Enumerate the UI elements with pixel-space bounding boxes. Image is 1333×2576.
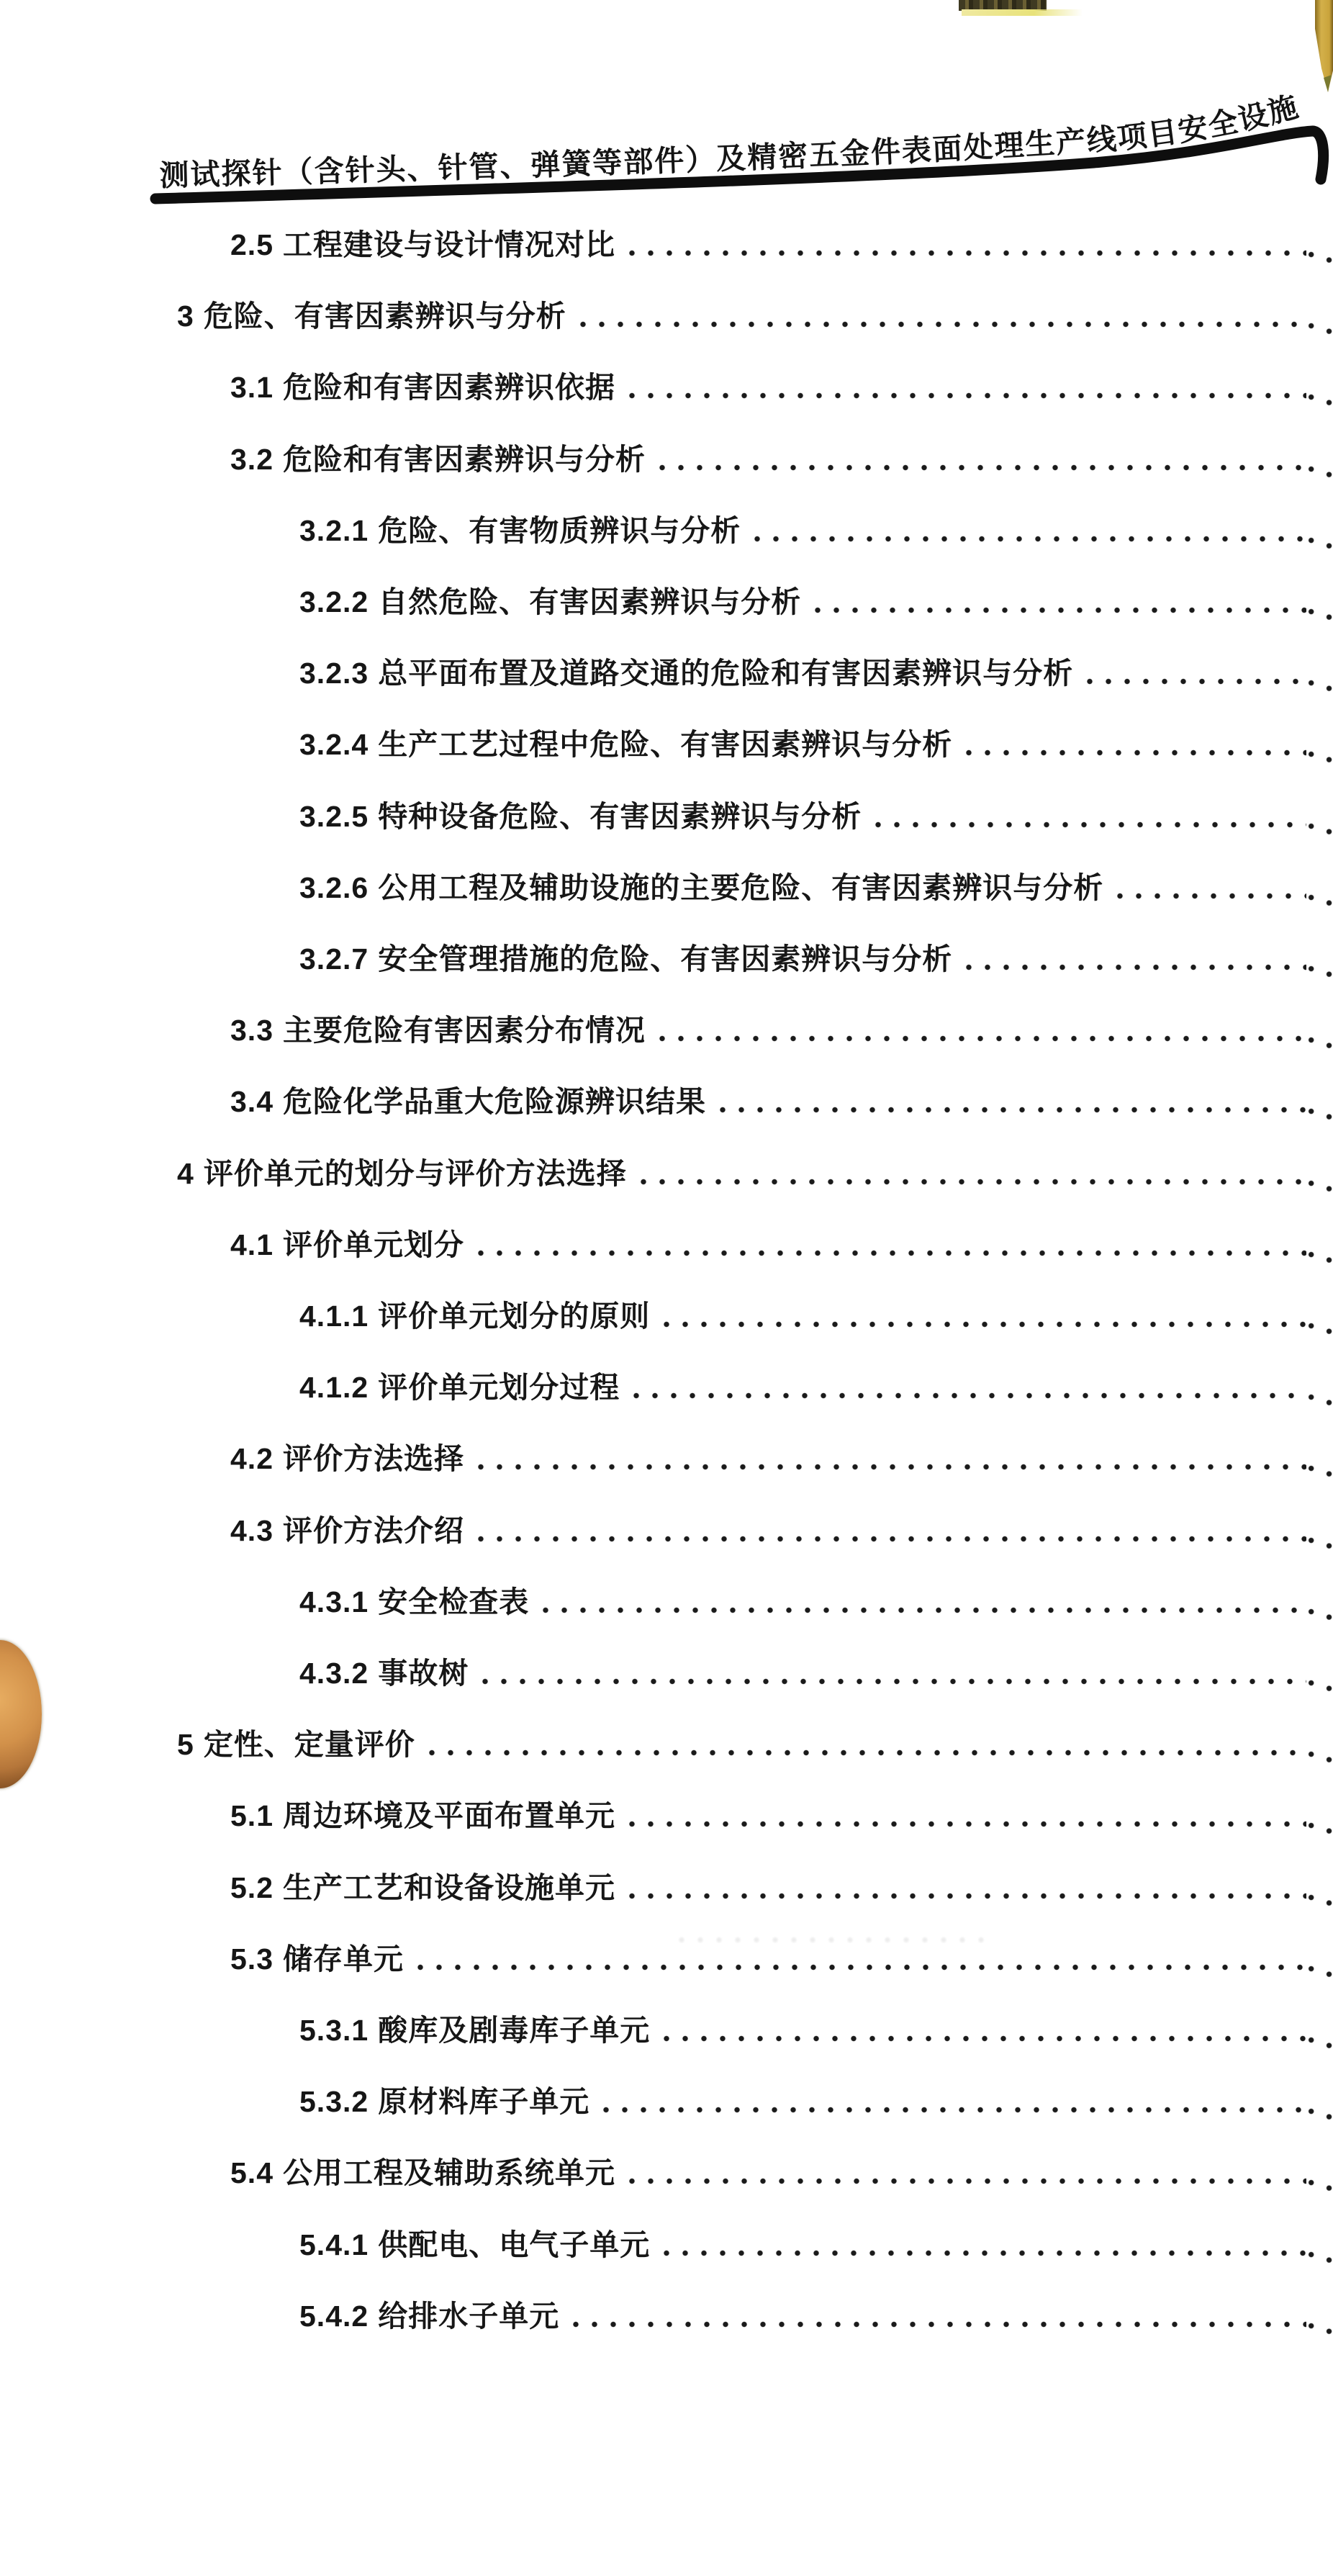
entry-title: 安全检查表 [378, 1584, 529, 1620]
entry-title: 公用工程及辅助设施的主要危险、有害因素辨识与分析 [378, 870, 1103, 906]
dot-leader-tail [1305, 1748, 1333, 1777]
dot-leader [661, 2034, 1306, 2043]
entry-title: 原材料库子单元 [378, 2084, 589, 2120]
dot-leader-tail [1305, 1677, 1333, 1706]
entry-title: 总平面布置及道路交通的危险和有害因素辨识与分析 [378, 655, 1073, 691]
toc-entry: 3.4危险化学品重大危险源辨识结果 [230, 1082, 1306, 1120]
dot-leader [752, 534, 1306, 544]
dot-leader [1085, 677, 1306, 686]
entry-number: 3.2.3 [299, 655, 369, 691]
entry-number: 4.1 [230, 1227, 274, 1263]
dot-leader-tail [1305, 605, 1333, 634]
entry-number: 5.3 [230, 1941, 274, 1977]
entry-title: 危险、有害因素辨识与分析 [204, 298, 566, 334]
dot-leader-tail [1305, 534, 1333, 563]
dot-leader [476, 1248, 1306, 1258]
dot-leader [631, 1391, 1306, 1400]
toc-entry: 4.1.1评价单元划分的原则 [299, 1297, 1306, 1334]
entry-title: 危险和有害因素辨识依据 [283, 369, 615, 405]
entry-number: 4 [177, 1156, 194, 1192]
dot-leader-tail [1305, 2248, 1333, 2277]
toc-entry: 3.2.7安全管理措施的危险、有害因素辨识与分析 [299, 940, 1306, 977]
entry-number: 3.1 [230, 369, 274, 405]
dot-leader [964, 963, 1306, 972]
toc-entry: 4.3评价方法介绍 [230, 1511, 1306, 1549]
entry-number: 4.3.2 [299, 1655, 369, 1691]
entry-title: 自然危险、有害因素辨识与分析 [378, 584, 801, 620]
entry-title: 评价方法介绍 [283, 1513, 464, 1549]
dot-leader [638, 1177, 1306, 1186]
dot-leader-tail [1305, 463, 1333, 492]
page-header: 测试探针（含针头、针管、弹簧等部件）及精密五金件表面处理生产线项目安全设施竣工验… [0, 0, 1333, 245]
dot-leader-tail [1305, 1320, 1333, 1348]
dot-leader-tail [1305, 1606, 1333, 1634]
binding-strip-highlight [962, 9, 1083, 16]
scanned-page: 测试探针（含针头、针管、弹簧等部件）及精密五金件表面处理生产线项目安全设施竣工验… [0, 0, 1333, 2576]
toc-entry: 5.3.1酸库及剧毒库子单元 [299, 2011, 1306, 2048]
entry-number: 3 [177, 298, 194, 334]
entry-title: 评价单元划分的原则 [378, 1298, 650, 1334]
dot-leader-tail [1305, 1819, 1333, 1848]
dot-leader [427, 1748, 1306, 1757]
entry-number: 4.3 [230, 1513, 274, 1549]
entry-title: 危险和有害因素辨识与分析 [283, 441, 646, 477]
dot-leader [661, 1320, 1306, 1329]
dot-leader [415, 1963, 1306, 1972]
dot-leader-tail [1305, 391, 1333, 420]
entry-number: 4.2 [230, 1441, 274, 1477]
dot-leader [1115, 891, 1306, 901]
entry-title: 评价单元划分 [283, 1227, 464, 1263]
entry-number: 5.4 [230, 2155, 274, 2191]
dot-leader-tail [1305, 2105, 1333, 2134]
entry-title: 工程建设与设计情况对比 [283, 227, 615, 263]
toc-entry: 3.2.4生产工艺过程中危险、有害因素辨识与分析 [299, 725, 1306, 762]
entry-title: 危险、有害物质辨识与分析 [378, 513, 741, 549]
entry-number: 3.3 [230, 1012, 274, 1048]
dot-leader-tail [1305, 2320, 1333, 2348]
dot-leader [964, 748, 1306, 757]
entry-number: 4.1.1 [299, 1298, 369, 1334]
entry-title: 主要危险有害因素分布情况 [283, 1012, 646, 1048]
toc-entry: 3危险、有害因素辨识与分析 [177, 297, 1306, 334]
dot-leader [578, 320, 1306, 329]
entry-number: 5.4.1 [299, 2227, 369, 2263]
dot-leader-tail [1305, 891, 1333, 920]
entry-title: 评价单元的划分与评价方法选择 [204, 1156, 627, 1192]
entry-number: 4.1.2 [299, 1369, 369, 1405]
entry-title: 给排水子单元 [378, 2298, 559, 2334]
toc-entry: 3.2.6公用工程及辅助设施的主要危险、有害因素辨识与分析 [299, 868, 1306, 906]
entry-title: 特种设备危险、有害因素辨识与分析 [378, 798, 862, 834]
dot-leader [661, 2248, 1306, 2258]
entry-title: 危险化学品重大危险源辨识结果 [283, 1084, 706, 1120]
dot-leader [627, 1819, 1306, 1829]
dot-leader [476, 1534, 1306, 1544]
dot-leader-tail [1305, 677, 1333, 706]
dot-leader-tail [1305, 1248, 1333, 1277]
toc-entry: 3.3主要危险有害因素分布情况 [230, 1011, 1306, 1048]
dot-leader-tail [1305, 1891, 1333, 1920]
pencil-corner [1290, 0, 1333, 101]
entry-number: 5 [177, 1726, 194, 1762]
entry-number: 2.5 [230, 227, 274, 263]
entry-number: 3.2.2 [299, 584, 369, 620]
entry-title: 安全管理措施的危险、有害因素辨识与分析 [378, 941, 952, 977]
toc-entry: 4.3.1安全检查表 [299, 1582, 1306, 1620]
toc-entry: 4.2评价方法选择 [230, 1439, 1306, 1477]
toc-entry: 5.2生产工艺和设备设施单元 [230, 1868, 1306, 1906]
dot-leader-tail [1305, 963, 1333, 991]
dot-leader-tail [1305, 320, 1333, 348]
dot-leader [627, 2176, 1306, 2186]
entry-number: 5.4.2 [299, 2298, 369, 2334]
dot-leader-tail [1305, 1963, 1333, 1991]
entry-title: 评价方法选择 [283, 1441, 464, 1477]
entry-title: 生产工艺和设备设施单元 [283, 1870, 615, 1906]
toc-entry: 5.1周边环境及平面布置单元 [230, 1796, 1306, 1834]
toc-entry: 4.3.2事故树 [299, 1654, 1306, 1691]
dot-leader-tail [1305, 2034, 1333, 2063]
dot-leader [480, 1677, 1306, 1686]
dot-leader [718, 1105, 1306, 1114]
dot-leader [627, 248, 1306, 258]
entry-number: 3.2.1 [299, 513, 369, 549]
toc-entry: 3.2危险和有害因素辨识与分析 [230, 440, 1306, 477]
dot-leader-tail [1305, 748, 1333, 777]
toc-entry: 5定性、定量评价 [177, 1725, 1306, 1762]
dot-leader [873, 820, 1306, 829]
entry-title: 定性、定量评价 [204, 1726, 415, 1762]
entry-number: 5.3.2 [299, 2084, 369, 2120]
toc-entry: 2.5工程建设与设计情况对比 [230, 225, 1306, 263]
entry-title: 供配电、电气子单元 [378, 2227, 650, 2263]
entry-title: 公用工程及辅助系统单元 [283, 2155, 615, 2191]
entry-number: 3.2.6 [299, 870, 369, 906]
entry-title: 评价单元划分过程 [378, 1369, 620, 1405]
toc-entry: 4.1评价单元划分 [230, 1225, 1306, 1263]
dot-leader-tail [1305, 1177, 1333, 1206]
entry-title: 酸库及剧毒库子单元 [378, 2012, 650, 2048]
toc-entry: 5.4.1供配电、电气子单元 [299, 2225, 1306, 2263]
entry-number: 3.2 [230, 441, 274, 477]
toc-entry: 3.2.1危险、有害物质辨识与分析 [299, 511, 1306, 549]
dot-leader-tail [1305, 1105, 1333, 1134]
dot-leader-tail [1305, 1534, 1333, 1563]
entry-number: 3.2.5 [299, 798, 369, 834]
entry-number: 4.3.1 [299, 1584, 369, 1620]
entry-number: 3.2.4 [299, 726, 369, 762]
toc-entry: 4评价单元的划分与评价方法选择 [177, 1154, 1306, 1192]
dot-leader-tail [1305, 248, 1333, 277]
toc-entry: 5.3.2原材料库子单元 [299, 2082, 1306, 2120]
entry-number: 5.3.1 [299, 2012, 369, 2048]
dot-leader [657, 463, 1306, 472]
dot-leader [657, 1034, 1306, 1043]
dot-leader [541, 1606, 1306, 1615]
entry-title: 生产工艺过程中危险、有害因素辨识与分析 [378, 726, 952, 762]
toc-entry: 3.2.2自然危险、有害因素辨识与分析 [299, 582, 1306, 620]
entry-title: 周边环境及平面布置单元 [283, 1798, 615, 1834]
entry-number: 3.2.7 [299, 941, 369, 977]
scan-ghost-smudge [677, 1935, 986, 1954]
toc-entry: 3.1危险和有害因素辨识依据 [230, 368, 1306, 405]
entry-number: 5.2 [230, 1870, 274, 1906]
entry-title: 储存单元 [283, 1941, 404, 1977]
toc-entry: 5.4.2给排水子单元 [299, 2297, 1306, 2334]
dot-leader [571, 2320, 1306, 2329]
dot-leader-tail [1305, 1034, 1333, 1063]
toc-entry: 4.1.2评价单元划分过程 [299, 1368, 1306, 1405]
entry-number: 5.1 [230, 1798, 274, 1834]
dot-leader-tail [1305, 820, 1333, 849]
dot-leader [627, 1891, 1306, 1901]
finger-smudge [0, 1640, 42, 1788]
toc-entry: 5.4公用工程及辅助系统单元 [230, 2153, 1306, 2191]
dot-leader [627, 391, 1306, 400]
toc-entry: 3.2.5特种设备危险、有害因素辨识与分析 [299, 797, 1306, 834]
entry-title: 事故树 [378, 1655, 469, 1691]
dot-leader [601, 2105, 1306, 2115]
dot-leader [813, 605, 1306, 615]
dot-leader-tail [1305, 1391, 1333, 1420]
toc-entry: 3.2.3总平面布置及道路交通的危险和有害因素辨识与分析 [299, 654, 1306, 691]
dot-leader [476, 1462, 1306, 1472]
dot-leader-tail [1305, 1462, 1333, 1491]
entry-number: 3.4 [230, 1084, 274, 1120]
dot-leader-tail [1305, 2176, 1333, 2205]
